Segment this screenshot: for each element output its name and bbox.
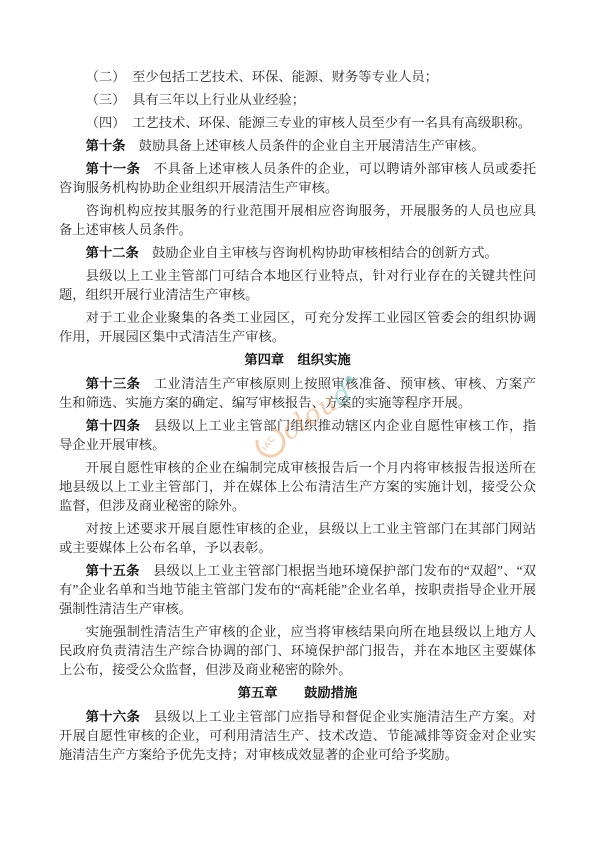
paragraph: 第十四条 县级以上工业主管部门组织推动辖区内企业自愿性审核工作，指导企业开展审核… bbox=[59, 416, 536, 454]
paragraph: 第十二条 鼓励企业自主审核与咨询机构协助审核相结合的创新方式。 bbox=[59, 243, 536, 262]
chapter-heading: 第五章 鼓励措施 bbox=[59, 683, 536, 702]
paragraph: 开展自愿性审核的企业在编制完成审核报告后一个月内将审核报告报送所在地县级以上工业… bbox=[59, 458, 536, 515]
paragraph: （三） 具有三年以上行业从业经验； bbox=[59, 90, 536, 109]
article-number: 第十条 bbox=[86, 138, 126, 153]
paragraph: 第十六条 县级以上工业主管部门应指导和督促企业实施清洁生产方案。对开展自愿性审核… bbox=[59, 707, 536, 764]
document-body: （二） 至少包括工艺技术、环保、能源、财务等专业人员；（三） 具有三年以上行业从… bbox=[59, 67, 536, 768]
paragraph: 咨询机构应按其服务的行业范围开展相应咨询服务，开展服务的人员也应具备上述审核人员… bbox=[59, 201, 536, 239]
chapter-heading: 第四章 组织实施 bbox=[59, 350, 536, 369]
paragraph: （二） 至少包括工艺技术、环保、能源、财务等专业人员； bbox=[59, 67, 536, 86]
paragraph: 对于工业企业聚集的各类工业园区，可充分发挥工业园区管委会的组织协调作用，开展园区… bbox=[59, 308, 536, 346]
paragraph: 第十三条 工业清洁生产审核原则上按照审核准备、预审核、审核、方案产生和筛选、实施… bbox=[59, 374, 536, 412]
article-number: 第十一条 bbox=[86, 161, 141, 176]
article-number: 第十六条 bbox=[86, 709, 141, 724]
paragraph: 第十条 鼓励具备上述审核人员条件的企业自主开展清洁生产审核。 bbox=[59, 136, 536, 155]
paragraph: 第十一条 不具备上述审核人员条件的企业，可以聘请外部审核人员或委托咨询服务机构协… bbox=[59, 159, 536, 197]
paragraph: 县级以上工业主管部门可结合本地区行业特点，针对行业存在的关键共性问题，组织开展行… bbox=[59, 266, 536, 304]
article-number: 第十二条 bbox=[86, 245, 139, 260]
article-number: 第十五条 bbox=[86, 563, 140, 578]
paragraph: 实施强制性清洁生产审核的企业，应当将审核结果向所在地县级以上地方人民政府负责清洁… bbox=[59, 622, 536, 679]
article-number: 第十三条 bbox=[86, 376, 141, 391]
document-page: （二） 至少包括工艺技术、环保、能源、财务等专业人员；（三） 具有三年以上行业从… bbox=[0, 0, 595, 841]
article-number: 第十四条 bbox=[86, 418, 141, 433]
paragraph: 对按上述要求开展自愿性审核的企业，县级以上工业主管部门在其部门网站或主要媒体上公… bbox=[59, 519, 536, 557]
paragraph: （四） 工艺技术、环保、能源三专业的审核人员至少有一名具有高级职称。 bbox=[59, 113, 536, 132]
paragraph: 第十五条 县级以上工业主管部门根据当地环境保护部门发布的“双超”、“双有”企业名… bbox=[59, 561, 536, 618]
